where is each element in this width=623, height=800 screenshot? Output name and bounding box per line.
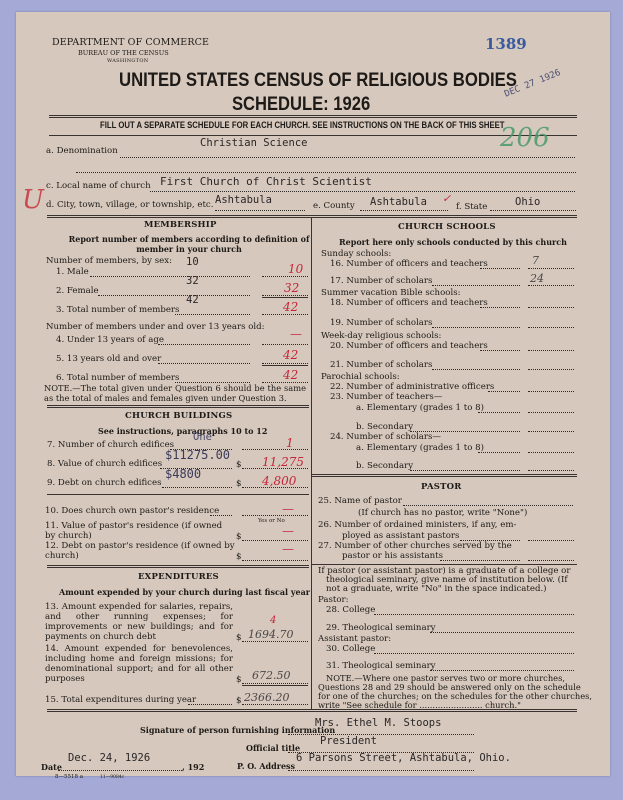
- female-checked-value: 32: [284, 281, 299, 295]
- total-expenditures-dots: [188, 704, 232, 705]
- county-value: Ashtabula: [370, 196, 427, 208]
- total-members-value: 42: [186, 294, 199, 306]
- female-line: [98, 295, 250, 296]
- dollar-sign: $: [236, 479, 241, 489]
- weekday-teachers-value-line: [528, 350, 574, 351]
- total-age-label: 6. Total number of members: [56, 373, 179, 383]
- male-label: 1. Male: [56, 267, 89, 277]
- address-label: P. O. Address: [237, 761, 295, 771]
- official-title-value: President: [320, 735, 377, 747]
- instructions-divider: [49, 135, 577, 136]
- membership-note: NOTE.—The total given under Question 6 s…: [44, 384, 306, 403]
- benevolences-value: 672.50: [252, 669, 291, 682]
- local-name-line: [150, 191, 575, 192]
- residence-debt-check-line: [242, 560, 308, 561]
- assistant-college-line: [374, 653, 574, 654]
- edifices-count-label: 7. Number of church edifices: [47, 440, 174, 450]
- total-members-check-line: [262, 314, 308, 315]
- margin-mark: U: [22, 185, 44, 215]
- signature-line: [288, 734, 474, 735]
- sunday-scholars-line: [432, 285, 520, 286]
- under-13-check-line: [262, 344, 308, 345]
- male-value: 10: [186, 256, 199, 268]
- county-check-mark: ✓: [442, 192, 451, 205]
- sunday-teachers-label: 16. Number of officers and teachers: [330, 259, 488, 269]
- over-13-sum-rule: [262, 365, 308, 366]
- pastor-note-4: write "See schedule for ................…: [318, 700, 521, 710]
- parochial-scholars-sec-value-line: [528, 470, 574, 471]
- summer-teachers-label: 18. Number of officers and teachers: [330, 298, 488, 308]
- other-churches-line: [440, 560, 520, 561]
- female-label: 2. Female: [56, 286, 99, 296]
- print-code: 11—9084c: [100, 775, 124, 780]
- parochial-teachers-elem-label: a. Elementary (grades 1 to 8): [356, 403, 484, 413]
- sunday-teachers-value: 7: [532, 254, 539, 267]
- weekday-scholars-label: 21. Number of scholars: [330, 360, 432, 370]
- edifices-count-checked-value: 1: [286, 436, 294, 450]
- total-expenditures-label: 15. Total expenditures during year: [45, 695, 196, 705]
- under-13-checked-value: —: [290, 327, 302, 341]
- total-members-line: [175, 314, 250, 315]
- dollar-sign: $: [236, 532, 241, 542]
- parochial-scholars-elem-label: a. Elementary (grades 1 to 8): [356, 443, 484, 453]
- pastor-seminary-line: [430, 632, 574, 633]
- sunday-schools-label: Sunday schools:: [321, 249, 391, 259]
- residence-value-check-line: [242, 540, 308, 541]
- assistant-seminary-line: [430, 670, 574, 671]
- bureau-name: BUREAU OF THE CENSUS: [78, 49, 169, 57]
- parochial-scholars-elem-line: [478, 452, 520, 453]
- serial-number: 1389: [485, 35, 527, 53]
- state-label: f. State: [456, 202, 487, 212]
- expenditures-title: EXPENDITURES: [138, 572, 219, 582]
- header-divider: [49, 115, 577, 118]
- age-label: Number of members under and over 13 year…: [46, 322, 265, 332]
- local-name-value: First Church of Christ Scientist: [160, 175, 372, 188]
- weekday-teachers-line: [480, 350, 520, 351]
- running-expenses-line: [242, 641, 308, 642]
- by-sex-label: Number of members, by sex:: [46, 256, 172, 266]
- assistant-pastor-label: Assistant pastor:: [318, 634, 391, 644]
- assistant-seminary-label: 31. Theological seminary: [326, 661, 436, 671]
- address-line: [288, 770, 474, 771]
- female-value: 32: [186, 275, 199, 287]
- female-sum-rule: [262, 297, 308, 298]
- other-churches-label-2: pastor or his assistants: [342, 551, 443, 561]
- expenditures-subtitle: Amount expended by your church during la…: [59, 587, 310, 597]
- dollar-sign: $: [236, 552, 241, 562]
- assistant-college-label: 30. College: [326, 644, 375, 654]
- local-name-label: c. Local name of church: [46, 181, 151, 191]
- pastor-title: PASTOR: [421, 482, 462, 492]
- parochial-teachers-elem-line: [478, 412, 520, 413]
- running-expenses-value: 1694.70: [248, 628, 294, 641]
- sunday-scholars-value-line: [528, 285, 574, 286]
- over-13-line: [158, 363, 250, 364]
- total-members-checked-value: 42: [283, 300, 298, 314]
- assistant-ministers-label-2: ployed as assistant pastors: [342, 531, 459, 541]
- green-code-mark: 206: [500, 123, 550, 153]
- edifices-debt-label: 9. Debt on church edifices: [47, 478, 161, 488]
- total-age-checked-value: 42: [283, 368, 298, 382]
- state-value: Ohio: [515, 196, 540, 208]
- over-13-check-line: [262, 363, 308, 364]
- parochial-teachers-sec-value-line: [528, 431, 574, 432]
- assistant-ministers-label-1: 26. Number of ordained ministers, if any…: [318, 520, 516, 530]
- weekday-scholars-value-line: [528, 369, 574, 370]
- schools-title: CHURCH SCHOOLS: [398, 222, 496, 232]
- edifices-debt-value: $4800: [165, 467, 201, 481]
- schedule-title: SCHEDULE: 1926: [232, 93, 370, 116]
- sunday-scholars-label: 17. Number of scholars: [330, 276, 432, 286]
- running-expenses-label: 13. Amount expended for salaries, repair…: [45, 602, 233, 642]
- over-13-label: 5. 13 years old and over: [56, 354, 161, 364]
- parochial-scholars-sec-label: b. Secondary: [356, 461, 413, 471]
- total-expenditures-line: [242, 704, 308, 705]
- assistant-ministers-value-line: [528, 540, 574, 541]
- date-value: Dec. 24, 1926: [68, 752, 150, 764]
- denomination-label: a. Denomination: [46, 146, 118, 156]
- residence-value-label: 11. Value of pastor's residence (if owne…: [45, 521, 235, 541]
- edifices-count-check-line: [242, 449, 308, 450]
- membership-title: MEMBERSHIP: [144, 220, 217, 230]
- parochial-admin-label: 22. Number of administrative officers: [330, 382, 494, 392]
- pastor-name-line: [403, 505, 573, 506]
- weekday-scholars-line: [432, 369, 520, 370]
- pastor-mid-rule: [312, 564, 577, 565]
- city-line: [215, 210, 305, 211]
- parochial-scholars-elem-value-line: [528, 452, 574, 453]
- over-13-checked-value: 42: [283, 348, 298, 362]
- parochial-admin-line: [488, 391, 520, 392]
- summer-scholars-label: 19. Number of scholars: [330, 318, 432, 328]
- pastor-name-hint: (If church has no pastor, write "None"): [358, 508, 527, 518]
- date-line: [58, 770, 182, 771]
- membership-divider: [47, 405, 309, 408]
- male-check-line: [262, 276, 308, 277]
- dollar-sign: $: [236, 460, 241, 470]
- pastor-name-label: 25. Name of pastor: [318, 496, 402, 506]
- parochial-teachers-elem-value-line: [528, 412, 574, 413]
- parochial-admin-value-line: [528, 391, 574, 392]
- edifices-value-value: $11275.00: [165, 448, 230, 462]
- form-number: 8—5518 a: [55, 774, 83, 780]
- department-name: DEPARTMENT OF COMMERCE: [52, 37, 209, 48]
- signature-value: Mrs. Ethel M. Stoops: [315, 717, 441, 729]
- pastor-seminary-label: 29. Theological seminary: [326, 623, 436, 633]
- edifices-debt-line: [162, 487, 232, 488]
- graduate-note-3: not a graduate, write "No" in the space …: [326, 584, 547, 594]
- sunday-scholars-value: 24: [530, 272, 544, 285]
- parochial-teachers-label: 23. Number of teachers—: [330, 392, 442, 402]
- pastor-section-label: Pastor:: [318, 595, 349, 605]
- dollar-sign: $: [236, 696, 241, 706]
- residence-owned-check-line: [242, 515, 308, 516]
- summer-schools-label: Summer vacation Bible schools:: [321, 288, 461, 298]
- buildings-subtitle: See instructions, paragraphs 10 to 12: [98, 426, 267, 436]
- address-value: 6 Parsons Street, Ashtabula, Ohio.: [296, 752, 511, 764]
- under-13-line: [158, 344, 250, 345]
- yes-no-hint: Yes or No: [258, 518, 285, 524]
- city-label: d. City, town, village, or township, etc…: [46, 200, 213, 210]
- blank-line-b: [76, 172, 576, 173]
- sunday-teachers-line: [480, 268, 520, 269]
- denomination-line: [120, 157, 575, 158]
- denomination-value: Christian Science: [200, 137, 307, 149]
- dollar-sign: $: [236, 675, 241, 685]
- weekday-teachers-label: 20. Number of officers and teachers: [330, 341, 488, 351]
- total-members-label: 3. Total number of members: [56, 305, 179, 315]
- other-churches-label-1: 27. Number of other churches served by t…: [318, 541, 512, 551]
- schools-subtitle: Report here only schools conducted by th…: [339, 237, 567, 247]
- instructions-banner: FILL OUT A SEPARATE SCHEDULE FOR EACH CH…: [100, 120, 505, 130]
- summer-teachers-line: [480, 307, 520, 308]
- dollar-sign: $: [236, 633, 241, 643]
- residence-debt-checked-value: —: [282, 542, 294, 556]
- county-line: [360, 210, 448, 211]
- summer-scholars-value-line: [528, 327, 574, 328]
- date-year-suffix: , 192: [182, 762, 204, 772]
- residence-owned-checked-value: —: [282, 502, 294, 516]
- weekday-schools-label: Week-day religious schools:: [321, 331, 441, 341]
- under-13-label: 4. Under 13 years of age: [56, 335, 164, 345]
- city-name: WASHINGTON: [107, 58, 148, 64]
- county-label: e. County: [313, 201, 355, 211]
- male-line: [90, 276, 250, 277]
- residence-owned-label: 10. Does church own pastor's residence: [45, 506, 219, 516]
- summer-scholars-line: [432, 327, 520, 328]
- sunday-teachers-value-line: [528, 268, 574, 269]
- female-check-line: [262, 295, 308, 296]
- edifices-debt-checked-value: 4,800: [262, 474, 296, 488]
- edifices-value-checked-value: 11,275: [262, 455, 304, 469]
- total-expenditures-value: 2366.20: [244, 691, 290, 704]
- pastor-college-label: 28. College: [326, 605, 375, 615]
- male-checked-value: 10: [288, 262, 303, 276]
- edifices-count-value: One: [193, 431, 212, 443]
- benevolences-sum-rule: [242, 685, 308, 686]
- pastor-college-line: [374, 614, 574, 615]
- membership-subtitle: Report number of members according to de…: [66, 234, 312, 254]
- buildings-mid-rule: [47, 494, 309, 495]
- benevolences-line: [242, 683, 308, 684]
- parochial-teachers-sec-label: b. Secondary: [356, 422, 413, 432]
- buildings-divider: [47, 565, 309, 568]
- parochial-schools-label: Parochial schools:: [321, 372, 400, 382]
- column-divider: [311, 218, 312, 710]
- running-expenses-correction: 4: [270, 615, 276, 626]
- parochial-scholars-sec-line: [410, 470, 520, 471]
- summer-teachers-value-line: [528, 307, 574, 308]
- edifices-value-label: 8. Value of church edifices: [47, 459, 162, 469]
- schools-divider: [312, 474, 577, 477]
- buildings-title: CHURCH BUILDINGS: [125, 411, 232, 421]
- form-title: UNITED STATES CENSUS OF RELIGIOUS BODIES: [119, 70, 517, 92]
- residence-debt-label: 12. Debt on pastor's residence (if owned…: [45, 541, 235, 561]
- other-churches-value-line: [528, 560, 574, 561]
- benevolences-label: 14. Amount expended for benevolences, in…: [45, 644, 233, 684]
- parochial-scholars-label: 24. Number of scholars—: [330, 432, 441, 442]
- residence-value-checked-value: —: [282, 524, 294, 538]
- city-value: Ashtabula: [215, 194, 272, 206]
- residence-owned-line: [210, 515, 232, 516]
- identity-divider: [47, 215, 577, 218]
- state-line: [490, 210, 576, 211]
